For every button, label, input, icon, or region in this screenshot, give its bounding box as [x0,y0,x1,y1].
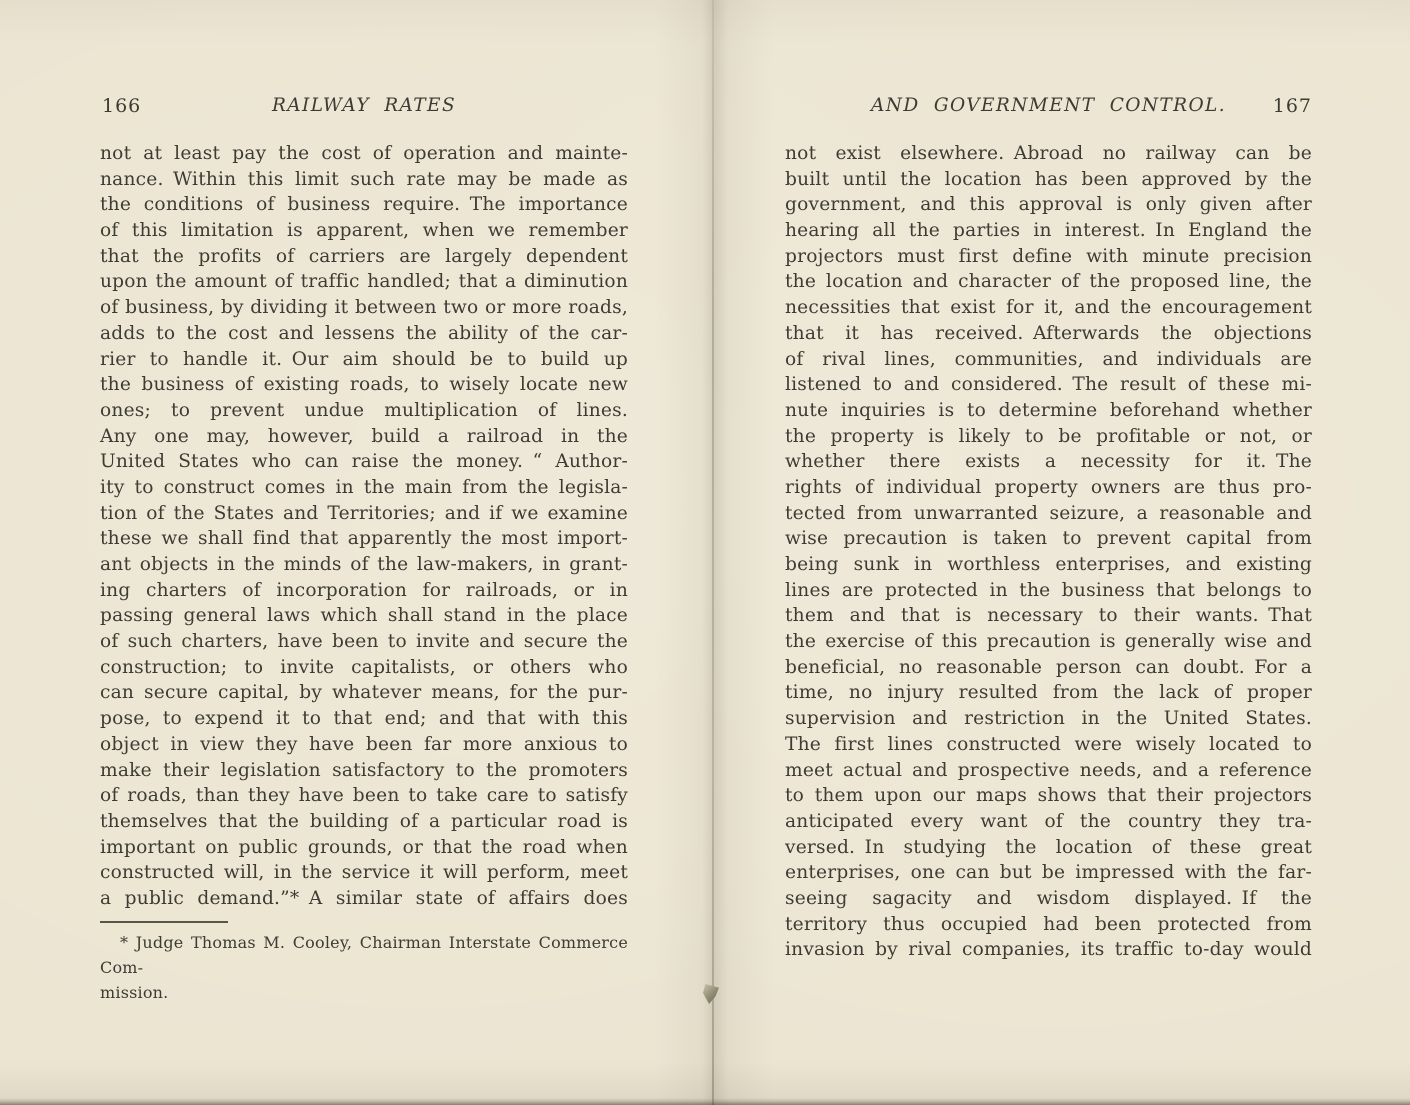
text-line: important on public grounds, or that the… [100,835,628,861]
text-line: tion of the States and Territories; and … [100,501,628,527]
text-line: ity to construct comes in the main from … [100,475,628,501]
text-line: adds to the cost and lessens the ability… [100,321,628,347]
text-line: construction; to invite capitalists, or … [100,655,628,681]
left-page-body: not at least pay the cost of operation a… [100,141,628,912]
text-line: object in view they have been far more a… [100,732,628,758]
text-line: whether there exists a necessity for it.… [785,449,1312,475]
text-line: invasion by rival companies, its traffic… [785,937,1312,963]
text-line: the property is likely to be profitable … [785,424,1312,450]
right-running-header: AND GOVERNMENT CONTROL. [785,95,1312,116]
text-line: The first lines constructed were wisely … [785,732,1312,758]
text-line: nance. Within this limit such rate may b… [100,167,628,193]
page-fold-line [712,0,714,1105]
text-line: the business of existing roads, to wisel… [100,372,628,398]
text-line: United States who can raise the money. “… [100,449,628,475]
text-line: passing general laws which shall stand i… [100,603,628,629]
text-line: a public demand.”* A similar state of af… [100,886,628,912]
text-line: ones; to prevent undue multiplication of… [100,398,628,424]
text-line: tected from unwarranted seizure, a reaso… [785,501,1312,527]
text-line: pose, to expend it to that end; and that… [100,706,628,732]
text-line: rier to handle it. Our aim should be to … [100,347,628,373]
text-line: not exist elsewhere. Abroad no railway c… [785,141,1312,167]
text-line: these we shall find that apparently the … [100,526,628,552]
right-page-number: 167 [1273,95,1312,117]
left-page-footnote: * Judge Thomas M. Cooley, Chairman Inter… [100,921,628,1005]
text-line: of rival lines, communities, and individ… [785,347,1312,373]
text-line: government, and this approval is only gi… [785,192,1312,218]
text-line: make their legislation satisfactory to t… [100,758,628,784]
text-line: supervision and restriction in the Unite… [785,706,1312,732]
right-header-row: AND GOVERNMENT CONTROL. 167 [785,95,1312,119]
text-line: projectors must first define with minute… [785,244,1312,270]
footnote-rule [100,921,228,923]
text-line: anticipated every want of the country th… [785,809,1312,835]
page-gutter-shadow [655,0,773,1105]
text-line: territory thus occupied had been protect… [785,912,1312,938]
text-line: rights of individual property owners are… [785,475,1312,501]
text-line: nute inquiries is to determine beforehan… [785,398,1312,424]
text-line: of such charters, have been to invite an… [100,629,628,655]
text-line: upon the amount of traffic handled; that… [100,269,628,295]
text-line: the location and character of the propos… [785,269,1312,295]
text-line: not at least pay the cost of operation a… [100,141,628,167]
text-line: built until the location has been approv… [785,167,1312,193]
footnote-text: * Judge Thomas M. Cooley, Chairman Inter… [100,930,628,1005]
text-line: of this limitation is apparent, when we … [100,218,628,244]
text-line: themselves that the building of a partic… [100,809,628,835]
text-line: that the profits of carriers are largely… [100,244,628,270]
text-line: listened to and considered. The result o… [785,372,1312,398]
text-line: ing charters of incorporation for railro… [100,578,628,604]
text-line: * Judge Thomas M. Cooley, Chairman Inter… [100,930,628,980]
text-line: that it has received. Afterwards the obj… [785,321,1312,347]
scan-bottom-edge [0,1098,1410,1105]
left-header-row: 166 RAILWAY RATES [100,95,628,119]
text-line: the conditions of business require. The … [100,192,628,218]
text-line: constructed will, in the service it will… [100,860,628,886]
text-line: can secure capital, by whatever means, f… [100,680,628,706]
text-line: hearing all the parties in interest. In … [785,218,1312,244]
text-line: beneficial, no reasonable person can dou… [785,655,1312,681]
text-line: ant objects in the minds of the law-make… [100,552,628,578]
text-line: enterprises, one can but be impressed wi… [785,860,1312,886]
text-line: mission. [100,980,628,1005]
page-left: 166 RAILWAY RATES not at least pay the c… [0,0,710,1105]
text-line: wise precaution is taken to prevent capi… [785,526,1312,552]
page-right: AND GOVERNMENT CONTROL. 167 not exist el… [710,0,1410,1105]
text-line: to them upon our maps shows that their p… [785,783,1312,809]
text-line: of business, by dividing it between two … [100,295,628,321]
right-page-body: not exist elsewhere. Abroad no railway c… [785,141,1312,963]
text-line: them and that is necessary to their want… [785,603,1312,629]
text-line: lines are protected in the business that… [785,578,1312,604]
text-line: the exercise of this precaution is gener… [785,629,1312,655]
left-running-header: RAILWAY RATES [100,95,628,116]
text-line: seeing sagacity and wisdom displayed. If… [785,886,1312,912]
text-line: Any one may, however, build a railroad i… [100,424,628,450]
text-line: of roads, than they have been to take ca… [100,783,628,809]
text-line: time, no injury resulted from the lack o… [785,680,1312,706]
text-line: versed. In studying the location of thes… [785,835,1312,861]
book-spread: 166 RAILWAY RATES not at least pay the c… [0,0,1410,1105]
text-line: being sunk in worthless enterprises, and… [785,552,1312,578]
left-page-number: 166 [102,95,141,117]
text-line: meet actual and prospective needs, and a… [785,758,1312,784]
text-line: necessities that exist for it, and the e… [785,295,1312,321]
